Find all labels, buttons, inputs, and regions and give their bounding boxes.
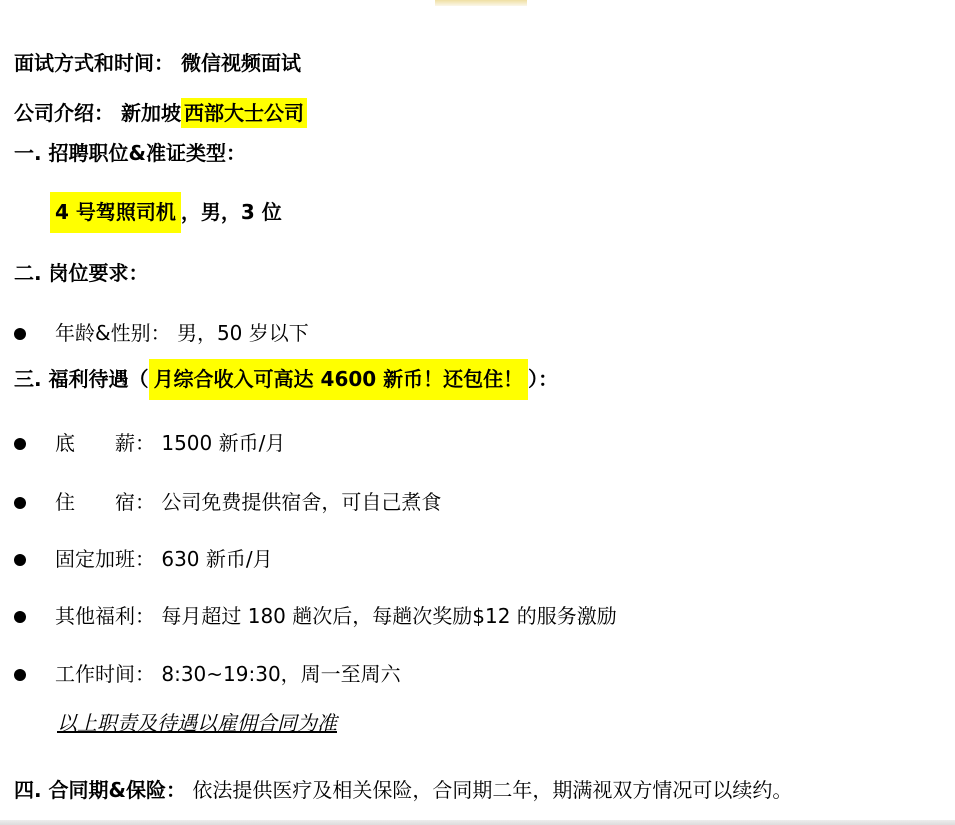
benefit-bullet-text: 底 薪： 1500 新币/月 bbox=[55, 430, 285, 457]
benefit-bullet-text: 工作时间： 8:30~19:30，周一至周六 bbox=[55, 661, 401, 688]
benefit-bullet-text: 住 宿： 公司免费提供宿舍，可自己煮食 bbox=[55, 489, 441, 516]
benefit-bullet-base-salary: 底 薪： 1500 新币/月 bbox=[14, 430, 285, 457]
cutoff-highlight-bar bbox=[435, 0, 527, 6]
bullet-icon bbox=[14, 669, 26, 681]
document-page: 面试方式和时间： 微信视频面试 公司介绍： 新加坡西部大士公司 一. 招聘职位&… bbox=[0, 0, 955, 825]
position-rest: ，男，3 位 bbox=[181, 200, 282, 224]
bullet-icon bbox=[14, 497, 26, 509]
company-line: 公司介绍： 新加坡西部大士公司 bbox=[14, 100, 307, 127]
benefit-bullet-other: 其他福利： 每月超过 180 趟次后，每趟次奖励$12 的服务激励 bbox=[14, 603, 617, 630]
section-heading-requirements: 二. 岗位要求： bbox=[14, 260, 149, 287]
benefits-heading-pre: 三. 福利待遇（ bbox=[14, 367, 149, 391]
benefit-bullet-text: 其他福利： 每月超过 180 趟次后，每趟次奖励$12 的服务激励 bbox=[55, 603, 617, 630]
section-heading-benefits: 三. 福利待遇（月综合收入可高达 4600 新币！还包住！）： bbox=[14, 366, 558, 393]
benefit-bullet-hours: 工作时间： 8:30~19:30，周一至周六 bbox=[14, 661, 401, 688]
bullet-icon bbox=[14, 611, 26, 623]
contract-line-heading: 四. 合同期&保险： bbox=[14, 778, 186, 802]
section-heading-recruit-position: 一. 招聘职位&准证类型： bbox=[14, 140, 246, 167]
benefits-heading-post: ）： bbox=[528, 367, 558, 391]
disclaimer-line: 以上职责及待遇以雇佣合同为准 bbox=[57, 710, 337, 737]
company-line-prefix: 公司介绍： 新加坡 bbox=[14, 101, 181, 125]
company-name-highlight: 西部大士公司 bbox=[181, 98, 307, 128]
requirement-bullet-text: 年龄&性别： 男，50 岁以下 bbox=[55, 320, 309, 347]
benefit-bullet-overtime: 固定加班： 630 新币/月 bbox=[14, 546, 273, 573]
benefits-income-highlight: 月综合收入可高达 4600 新币！还包住！ bbox=[149, 359, 529, 400]
bullet-icon bbox=[14, 328, 26, 340]
bullet-icon bbox=[14, 438, 26, 450]
bullet-icon bbox=[14, 554, 26, 566]
benefit-bullet-housing: 住 宿： 公司免费提供宿舍，可自己煮食 bbox=[14, 489, 441, 516]
position-highlight: 4 号驾照司机 bbox=[50, 192, 181, 233]
benefit-bullet-text: 固定加班： 630 新币/月 bbox=[55, 546, 273, 573]
contract-line: 四. 合同期&保险： 依法提供医疗及相关保险，合同期二年，期满视双方情况可以续约… bbox=[14, 777, 792, 804]
contract-line-text: 依法提供医疗及相关保险，合同期二年，期满视双方情况可以续约。 bbox=[186, 778, 792, 802]
position-line: 4 号驾照司机，男，3 位 bbox=[50, 199, 282, 226]
requirement-bullet-age: 年龄&性别： 男，50 岁以下 bbox=[14, 320, 309, 347]
interview-line: 面试方式和时间： 微信视频面试 bbox=[14, 50, 301, 77]
cutoff-bottom-edge bbox=[0, 820, 955, 825]
